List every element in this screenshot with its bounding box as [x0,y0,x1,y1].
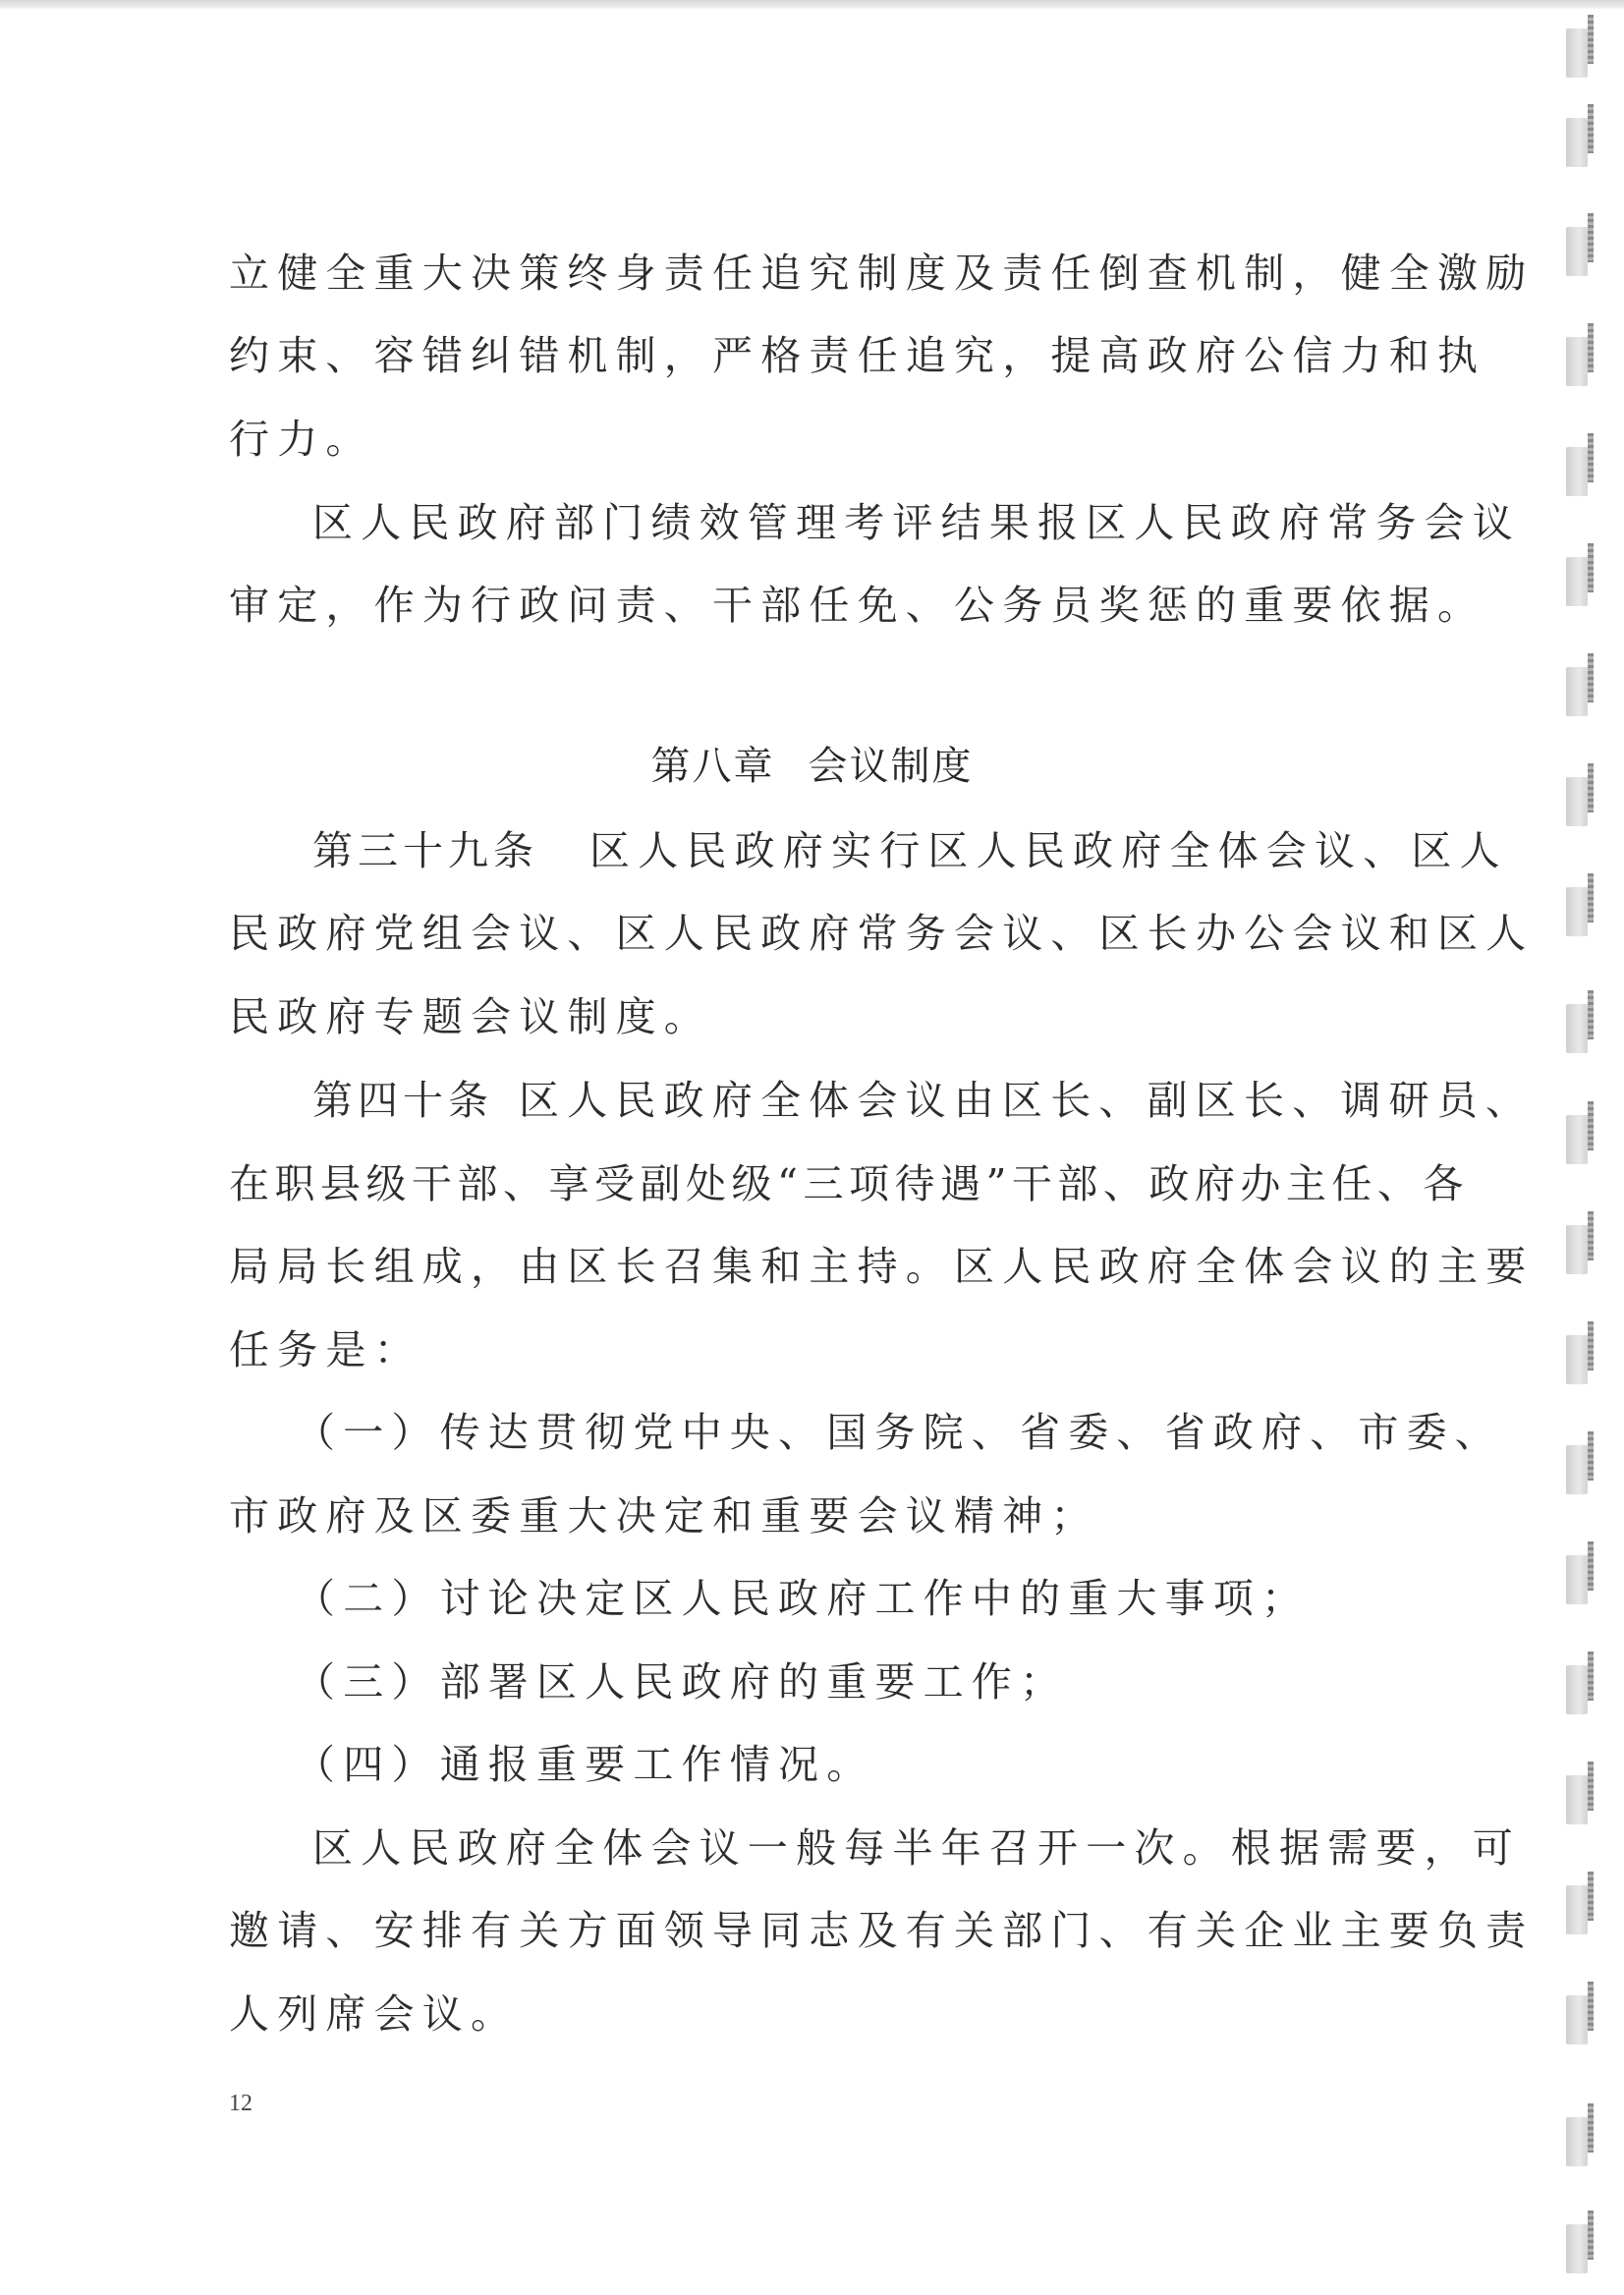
binding-hole-icon [1562,653,1601,716]
list-item: 市政府及区委重大决定和重要会议精神； [229,1486,1408,1545]
paragraph-line: 行力。 [229,410,1408,469]
binding-hole-icon [1562,433,1601,496]
list-item: （一）传达贯彻党中央、国务院、省委、省政府、市委、 [295,1403,1474,1462]
list-item: （三）部署区人民政府的重要工作； [295,1652,1474,1711]
binding-hole-icon [1562,1431,1601,1494]
binding-hole-icon [1562,2103,1601,2166]
page-number: 12 [229,2091,252,2117]
binding-hole-icon [1562,1651,1601,1714]
article-label: 第四十条 [312,1077,493,1124]
binding-hole-icon [1562,873,1601,936]
article-text: 区人民政府实行区人民政府全体会议、区人 [589,827,1508,874]
article-39-line: 民政府专题会议制度。 [229,987,1408,1046]
binding-hole-icon [1562,1982,1601,2044]
paragraph-line: 立健全重大决策终身责任追究制度及责任倒查机制，健全激励 [229,244,1408,303]
article-40-line: 第四十条区人民政府全体会议由区长、副区长、调研员、 [312,1071,1491,1130]
binding-hole-icon [1562,213,1601,276]
chapter-number: 第八章 [651,744,775,789]
paragraph-line: 区人民政府部门绩效管理考评结果报区人民政府常务会议 [312,493,1491,552]
chapter-title: 会议制度 [809,744,974,789]
binding-hole-icon [1562,1211,1601,1274]
binding-hole-icon [1562,1541,1601,1604]
article-40-line: 局局长组成，由区长召集和主持。区人民政府全体会议的主要 [229,1237,1408,1296]
binding-hole-icon [1562,2211,1601,2273]
binding-hole-icon [1562,543,1601,606]
paragraph-line: 审定，作为行政问责、干部任免、公务员奖惩的重要依据。 [229,576,1408,635]
watermark: out [1562,2277,1587,2293]
paragraph-line: 约束、容错纠错机制，严格责任追究，提高政府公信力和执 [229,326,1408,385]
binding-hole-icon [1562,1762,1601,1824]
binding-hole-icon [1562,104,1601,167]
paragraph-line: 区人民政府全体会议一般每半年召开一次。根据需要，可 [312,1819,1491,1877]
article-39-line: 第三十九条区人民政府实行区人民政府全体会议、区人 [312,821,1491,880]
article-40-line: 任务是： [229,1320,1408,1379]
chapter-heading: 第八章会议制度 [0,737,1624,796]
binding-hole-icon [1562,1872,1601,1934]
list-item: （二）讨论决定区人民政府工作中的重大事项； [295,1569,1474,1628]
document-page: 立健全重大决策终身责任追究制度及责任倒查机制，健全激励 约束、容错纠错机制，严格… [0,0,1624,2295]
article-39-line: 民政府党组会议、区人民政府常务会议、区长办公会议和区人 [229,904,1408,963]
binding-hole-icon [1562,1101,1601,1164]
binding-hole-icon [1562,15,1601,78]
article-label: 第三十九条 [312,827,538,874]
binding-hole-icon [1562,1321,1601,1384]
paragraph-line: 人列席会议。 [229,1985,1408,2043]
binding-hole-icon [1562,323,1601,386]
article-text: 区人民政府全体会议由区长、副区长、调研员、 [519,1077,1534,1124]
paragraph-line: 邀请、安排有关方面领导同志及有关部门、有关企业主要负责 [229,1901,1408,1960]
article-40-line: 在职县级干部、享受副处级“三项待遇”干部、政府办主任、各 [229,1154,1408,1213]
list-item: （四）通报重要工作情况。 [295,1735,1474,1794]
binding-hole-icon [1562,990,1601,1053]
binding-hole-icon [1562,763,1601,826]
